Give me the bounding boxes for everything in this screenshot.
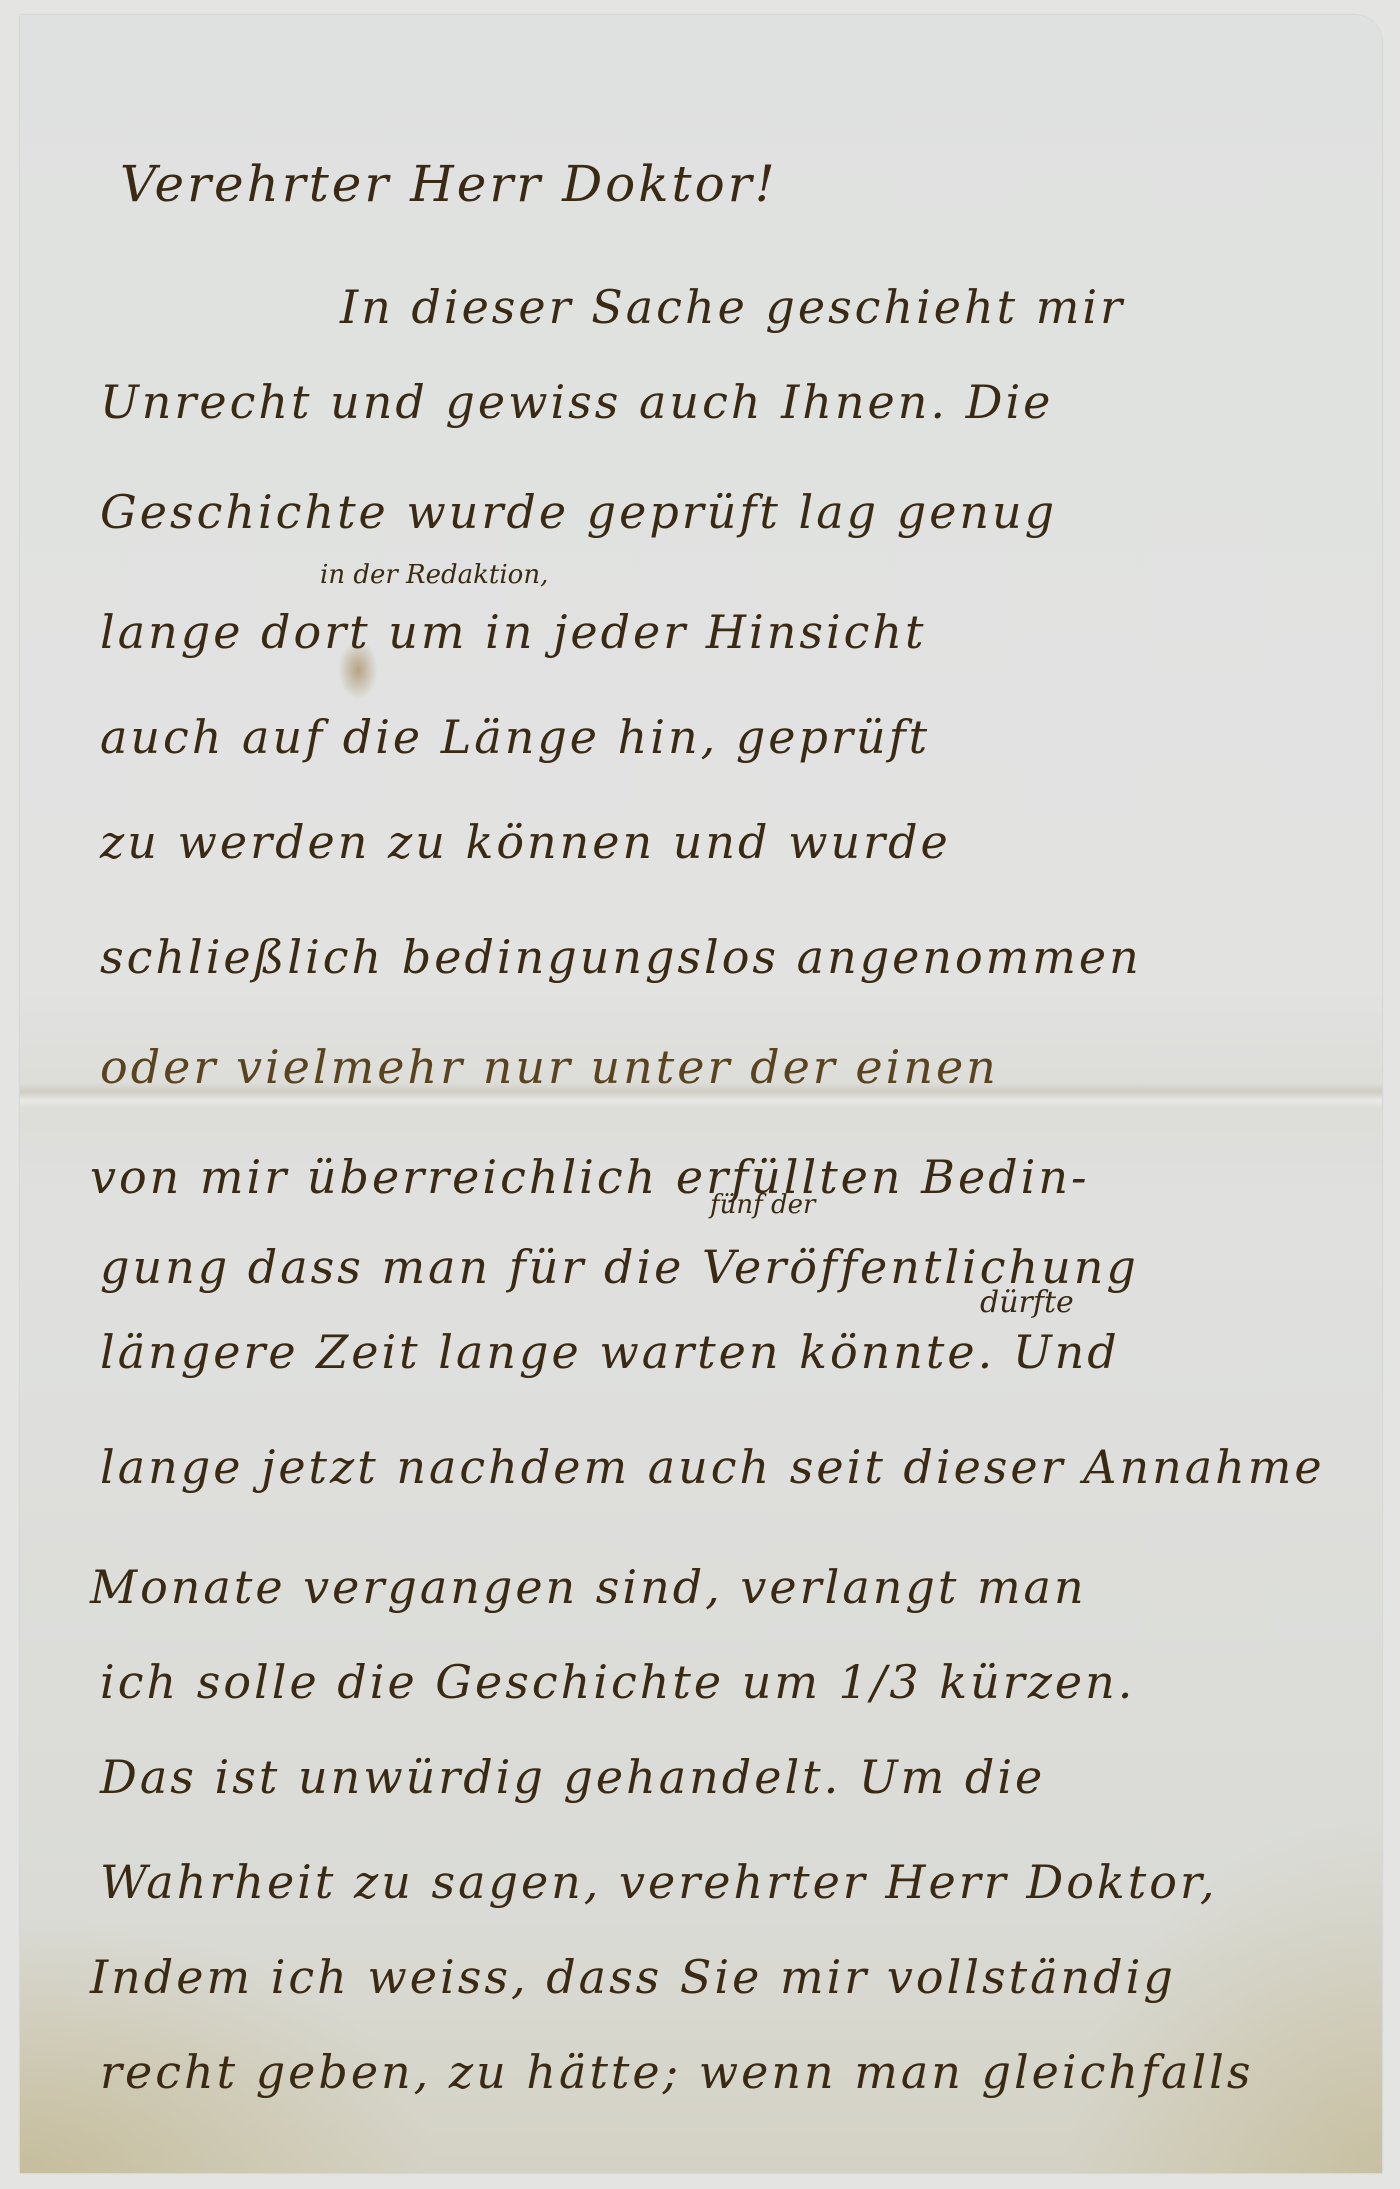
letter-line: lange jetzt nachdem auch seit dieser Ann… (100, 1440, 1325, 1494)
salutation: Verehrter Herr Doktor! (120, 155, 778, 213)
interlinear-insertion: fünf der (710, 1190, 815, 1220)
letter-line: ich solle die Geschichte um 1/3 kürzen. (100, 1655, 1135, 1709)
letter-line: Monate vergangen sind, verlangt man (90, 1560, 1087, 1614)
interlinear-insertion: dürfte (980, 1285, 1074, 1320)
letter-line: In dieser Sache geschieht mir (340, 280, 1125, 334)
letter-line: von mir überreichlich erfüllten Bedin- (90, 1150, 1090, 1204)
letter-line: Das ist unwürdig gehandelt. Um die (100, 1750, 1045, 1804)
letter-page: Verehrter Herr Doktor! In dieser Sache g… (20, 15, 1382, 2173)
letter-line: oder vielmehr nur unter der einen (100, 1040, 999, 1094)
letter-line: Unrecht und gewiss auch Ihnen. Die (100, 375, 1053, 429)
letter-line: schließlich bedingungslos angenommen (100, 930, 1142, 984)
letter-line: Wahrheit zu sagen, verehrter Herr Doktor… (100, 1855, 1218, 1909)
letter-line: zu werden zu können und wurde (100, 815, 951, 869)
letter-line: Indem ich weiss, dass Sie mir vollständi… (90, 1950, 1176, 2004)
letter-line: Geschichte wurde geprüft lag genug (100, 485, 1057, 539)
letter-line: lange dort um in jeder Hinsicht (100, 605, 927, 659)
interlinear-insertion: in der Redaktion, (320, 560, 548, 590)
letter-line: recht geben, zu hätte; wenn man gleichfa… (100, 2045, 1254, 2099)
letter-line: auch auf die Länge hin, geprüft (100, 710, 930, 764)
letter-line: längere Zeit lange warten könnte. Und (100, 1325, 1120, 1379)
